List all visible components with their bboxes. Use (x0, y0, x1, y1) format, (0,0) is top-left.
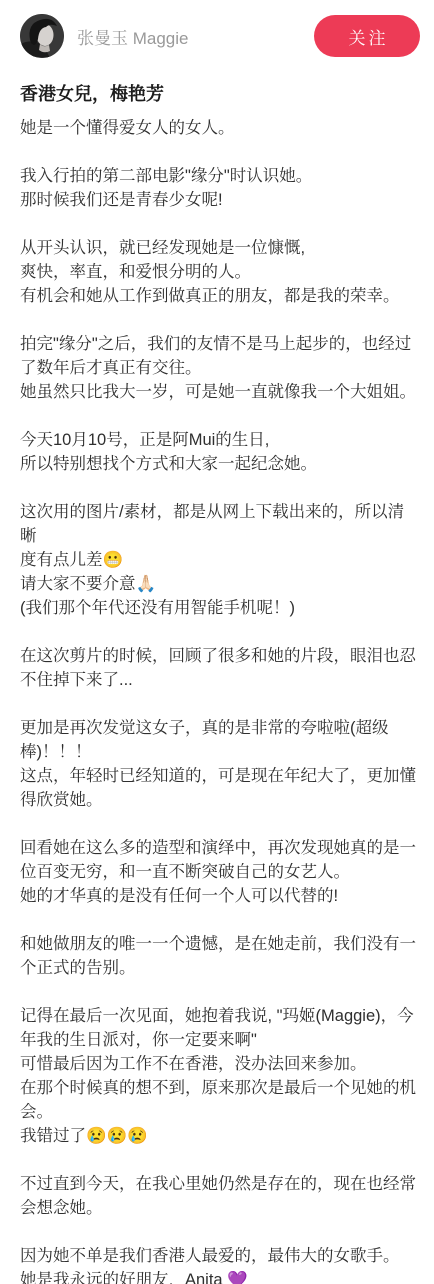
post-paragraph: 这次用的图片/素材，都是从网上下载出来的，所以清晰 度有点儿差😬 请大家不要介意… (20, 500, 416, 620)
post-paragraph: 在这次剪片的时候，回顾了很多和她的片段，眼泪也忍 不住掉下来了... (20, 644, 416, 692)
post-paragraph: 不过直到今天，在我心里她仍然是存在的，现在也经常 会想念她。 (20, 1172, 416, 1220)
post-paragraph: 从开头认识，就已经发现她是一位慷慨, 爽快，率直，和爱恨分明的人。 有机会和她从… (20, 236, 416, 308)
post-paragraph: 和她做朋友的唯一一个遗憾，是在她走前，我们没有一 个正式的告别。 (20, 932, 416, 980)
post-paragraph: 她是一个懂得爱女人的女人。 (20, 116, 416, 140)
post-paragraph: 我入行拍的第二部电影"缘分"时认识她。 那时候我们还是青春少女呢! (20, 164, 416, 212)
post-title: 香港女兒，梅艳芳 (20, 82, 414, 106)
username[interactable]: 张曼玉 Maggie (77, 24, 314, 49)
post-body: 她是一个懂得爱女人的女人。 我入行拍的第二部电影"缘分"时认识她。 那时候我们还… (20, 116, 416, 1284)
post-header: 张曼玉 Maggie 关注 (0, 0, 434, 58)
post-paragraph: 更加是再次发觉这女子，真的是非常的夸啦啦(超级 棒)！！！ 这点，年轻时已经知道… (20, 716, 416, 812)
post-paragraph: 记得在最后一次见面，她抱着我说, "玛姬(Maggie)，今 年我的生日派对，你… (20, 1004, 416, 1148)
avatar[interactable] (20, 14, 64, 58)
profile-photo-icon (20, 14, 64, 58)
post-paragraph: 拍完"缘分"之后，我们的友情不是马上起步的，也经过 了数年后才真正有交往。 她虽… (20, 332, 416, 404)
post-page: 张曼玉 Maggie 关注 香港女兒，梅艳芳 她是一个懂得爱女人的女人。 我入行… (0, 0, 434, 1284)
post-paragraph: 回看她在这么多的造型和演绎中，再次发现她真的是一 位百变无穷，和一直不断突破自己… (20, 836, 416, 908)
follow-button[interactable]: 关注 (314, 15, 420, 57)
post-paragraph: 今天10月10号，正是阿Mui的生日, 所以特别想找个方式和大家一起纪念她。 (20, 428, 416, 476)
post-paragraph: 因为她不单是我们香港人最爱的，最伟大的女歌手。 她是我永远的好朋友，Anita … (20, 1244, 416, 1284)
